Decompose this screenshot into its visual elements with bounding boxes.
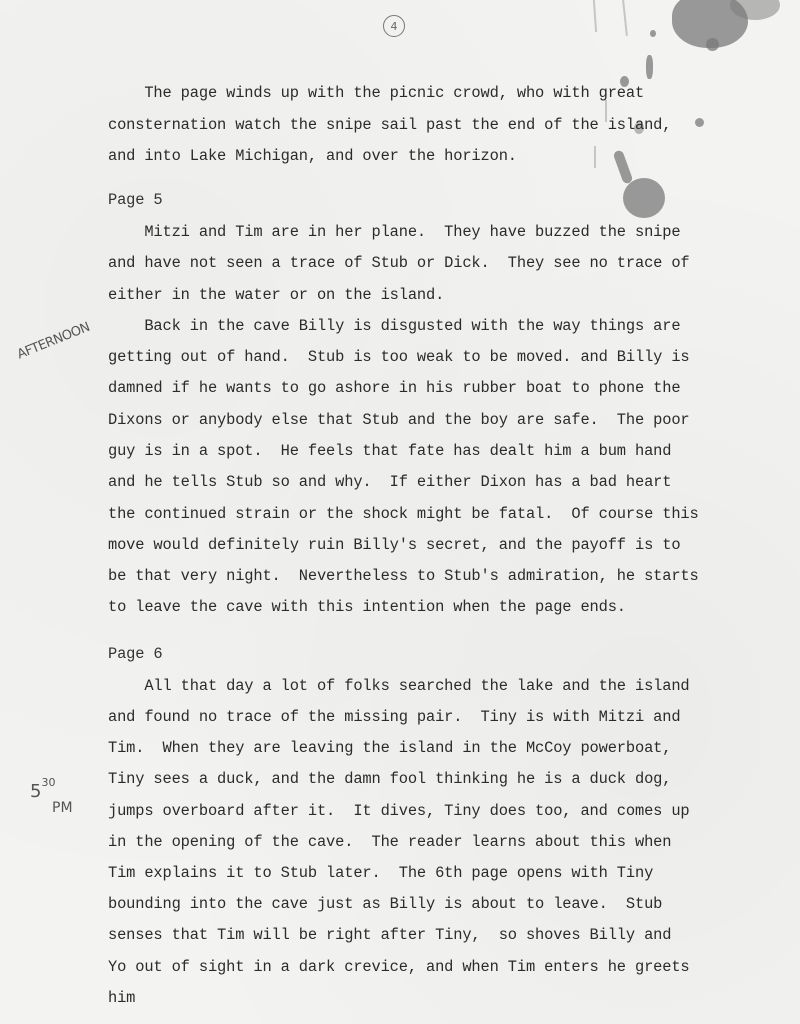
text-line: move would definitely ruin Billy's secre… — [108, 538, 680, 553]
text-line: jumps overboard after it. It dives, Tiny… — [108, 804, 690, 819]
ink-stain — [706, 38, 719, 51]
text-line: in the opening of the cave. The reader l… — [108, 835, 671, 850]
text-line: bounding into the cave just as Billy is … — [108, 897, 662, 912]
text-line: Tim. When they are leaving the island in… — [108, 741, 671, 756]
time-minutes: 30 — [41, 776, 55, 789]
streak — [594, 146, 596, 168]
section-heading-page-5: Page 5 — [108, 193, 163, 208]
text-line: Mitzi and Tim are in her plane. They hav… — [108, 225, 680, 240]
text-line: either in the water or on the island. — [108, 288, 444, 303]
ink-stain — [695, 118, 704, 127]
section-heading-page-6: Page 6 — [108, 647, 163, 662]
text-line: All that day a lot of folks searched the… — [108, 679, 690, 694]
text-line: damned if he wants to go ashore in his r… — [108, 381, 680, 396]
ink-stain — [623, 178, 665, 218]
margin-note-pm: PM — [52, 800, 73, 816]
margin-note-afternoon: AFTERNOON — [15, 320, 92, 363]
text-line: consternation watch the snipe sail past … — [108, 118, 671, 133]
text-line: and into Lake Michigan, and over the hor… — [108, 149, 517, 164]
text-line: Dixons or anybody else that Stub and the… — [108, 413, 690, 428]
text-line: Tiny sees a duck, and the damn fool thin… — [108, 772, 671, 787]
text-line: be that very night. Nevertheless to Stub… — [108, 569, 699, 584]
streak — [593, 0, 597, 32]
text-line: Back in the cave Billy is disgusted with… — [108, 319, 680, 334]
ink-stain — [646, 55, 653, 79]
text-line: him — [108, 991, 135, 1006]
text-line: Tim explains it to Stub later. The 6th p… — [108, 866, 653, 881]
text-line: guy is in a spot. He feels that fate has… — [108, 444, 671, 459]
text-line: Yo out of sight in a dark crevice, and w… — [108, 960, 690, 975]
ink-stain — [650, 30, 656, 37]
text-line: and found no trace of the missing pair. … — [108, 710, 680, 725]
text-line: to leave the cave with this intention wh… — [108, 600, 626, 615]
text-line: senses that Tim will be right after Tiny… — [108, 928, 671, 943]
text-line: and he tells Stub so and why. If either … — [108, 475, 671, 490]
margin-note-time: 530 — [30, 780, 55, 802]
ink-stain — [612, 149, 633, 184]
typewritten-page: 4 AFTERNOON 530 PM The page winds up wit… — [0, 0, 800, 1024]
text-line: the continued strain or the shock might … — [108, 507, 699, 522]
text-line: The page winds up with the picnic crowd,… — [108, 86, 644, 101]
page-number-text: 4 — [391, 20, 398, 33]
page-number-mark: 4 — [383, 15, 405, 37]
text-line: and have not seen a trace of Stub or Dic… — [108, 256, 690, 271]
text-line: getting out of hand. Stub is too weak to… — [108, 350, 690, 365]
time-hour: 5 — [30, 781, 41, 802]
streak — [622, 0, 627, 36]
